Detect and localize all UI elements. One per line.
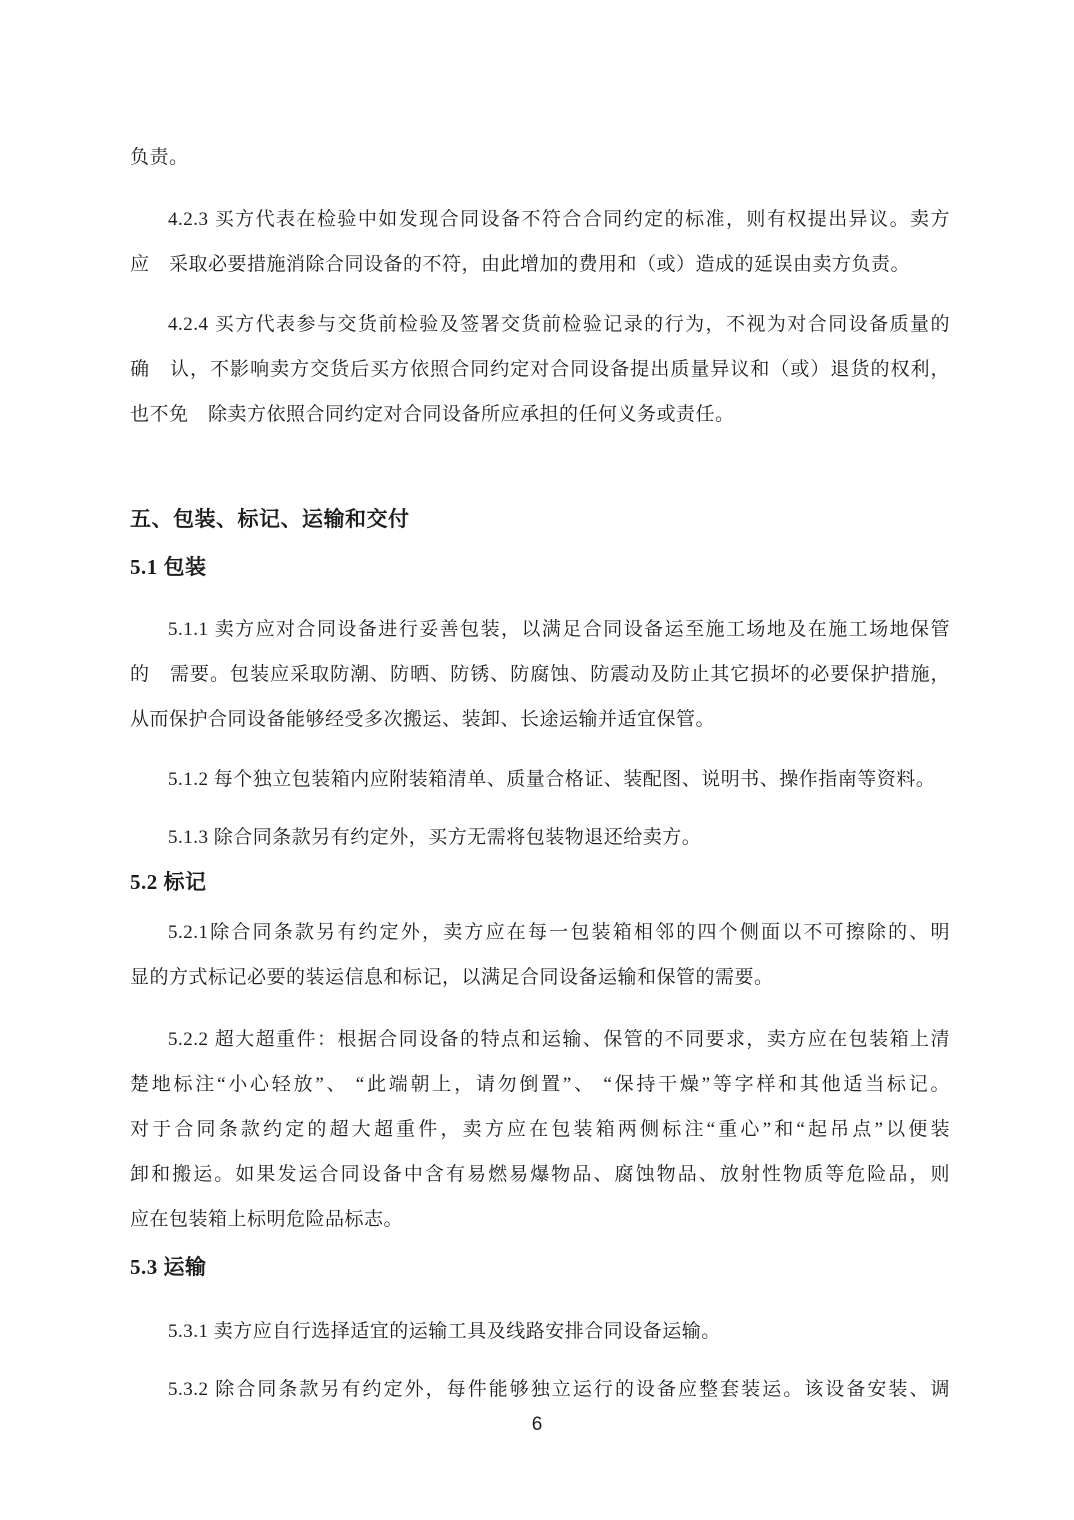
- heading-text: 5.3 运输: [130, 1245, 950, 1290]
- clause-5-2-1: 5.2.1除合同条款另有约定外，卖方应在每一包装箱相邻的四个侧面以不可擦除的、明…: [130, 910, 950, 1000]
- text-line: 5.1.3 除合同条款另有约定外，买方无需将包装物退还给卖方。: [130, 815, 950, 860]
- text-line: 5.3.1 卖方应自行选择适宜的运输工具及线路安排合同设备运输。: [130, 1309, 950, 1354]
- clause-5-2-2: 5.2.2 超大超重件：根据合同设备的特点和运输、保管的不同要求，卖方应在包装箱…: [130, 1017, 950, 1242]
- section-5-heading: 五、包装、标记、运输和交付: [130, 497, 950, 542]
- text-line: 5.2.2 超大超重件：根据合同设备的特点和运输、保管的不同要求，卖方应在包装箱…: [130, 1017, 950, 1062]
- text-line: 楚地标注“小心轻放”、 “此端朝上，请勿倒置”、 “保持干燥”等字样和其他适当标…: [130, 1062, 950, 1107]
- text-line: 显的方式标记必要的装运信息和标记，以满足合同设备运输和保管的需要。: [130, 955, 950, 1000]
- text-line: 从而保护合同设备能够经受多次搬运、装卸、长途运输并适宜保管。: [130, 697, 950, 742]
- contract-document-page: 负责。 4.2.3 买方代表在检验中如发现合同设备不符合合同约定的标准，则有权提…: [0, 0, 1074, 1520]
- section-5-1-heading: 5.1 包装: [130, 545, 950, 590]
- clause-5-1-1: 5.1.1 卖方应对合同设备进行妥善包装，以满足合同设备运至施工场地及在施工场地…: [130, 607, 950, 742]
- text-line: 卸和搬运。如果发运合同设备中含有易燃易爆物品、腐蚀物品、放射性物质等危险品，则: [130, 1152, 950, 1197]
- text-line: 也不免 除卖方依照合同约定对合同设备所应承担的任何义务或责任。: [130, 392, 950, 437]
- text-line: 负责。: [130, 135, 950, 180]
- text-line: 5.1.2 每个独立包装箱内应附装箱清单、质量合格证、装配图、说明书、操作指南等…: [130, 757, 950, 802]
- text-line: 4.2.4 买方代表参与交货前检验及签署交货前检验记录的行为，不视为对合同设备质…: [130, 302, 950, 347]
- text-line: 应在包装箱上标明危险品标志。: [130, 1197, 950, 1242]
- text-line: 5.3.2 除合同条款另有约定外，每件能够独立运行的设备应整套装运。该设备安装、…: [130, 1367, 950, 1412]
- section-5-2-heading: 5.2 标记: [130, 860, 950, 905]
- text-line: 4.2.3 买方代表在检验中如发现合同设备不符合合同约定的标准，则有权提出异议。…: [130, 197, 950, 242]
- section-5-3-heading: 5.3 运输: [130, 1245, 950, 1290]
- text-line: 5.2.1除合同条款另有约定外，卖方应在每一包装箱相邻的四个侧面以不可擦除的、明: [130, 910, 950, 955]
- clause-5-1-3: 5.1.3 除合同条款另有约定外，买方无需将包装物退还给卖方。: [130, 815, 950, 860]
- heading-text: 5.1 包装: [130, 545, 950, 590]
- text-line: 5.1.1 卖方应对合同设备进行妥善包装，以满足合同设备运至施工场地及在施工场地…: [130, 607, 950, 652]
- text-line: 对于合同条款约定的超大超重件，卖方应在包装箱两侧标注“重心”和“起吊点”以便装: [130, 1107, 950, 1152]
- clause-5-3-1: 5.3.1 卖方应自行选择适宜的运输工具及线路安排合同设备运输。: [130, 1309, 950, 1354]
- clause-4-2-3: 4.2.3 买方代表在检验中如发现合同设备不符合合同约定的标准，则有权提出异议。…: [130, 197, 950, 287]
- clause-5-3-2: 5.3.2 除合同条款另有约定外，每件能够独立运行的设备应整套装运。该设备安装、…: [130, 1367, 950, 1412]
- clause-4-2-4: 4.2.4 买方代表参与交货前检验及签署交货前检验记录的行为，不视为对合同设备质…: [130, 302, 950, 437]
- page-number: 6: [0, 1414, 1074, 1436]
- text-line: 应 采取必要措施消除合同设备的不符，由此增加的费用和（或）造成的延误由卖方负责。: [130, 242, 950, 287]
- text-line: 确 认，不影响卖方交货后买方依照合同约定对合同设备提出质量异议和（或）退货的权利…: [130, 347, 950, 392]
- page-content: 负责。 4.2.3 买方代表在检验中如发现合同设备不符合合同约定的标准，则有权提…: [130, 135, 950, 1412]
- clause-5-1-2: 5.1.2 每个独立包装箱内应附装箱清单、质量合格证、装配图、说明书、操作指南等…: [130, 757, 950, 802]
- carryover-paragraph: 负责。: [130, 135, 950, 180]
- heading-text: 5.2 标记: [130, 860, 950, 905]
- text-line: 的 需要。包装应采取防潮、防晒、防锈、防腐蚀、防震动及防止其它损坏的必要保护措施…: [130, 652, 950, 697]
- heading-text: 五、包装、标记、运输和交付: [130, 497, 950, 542]
